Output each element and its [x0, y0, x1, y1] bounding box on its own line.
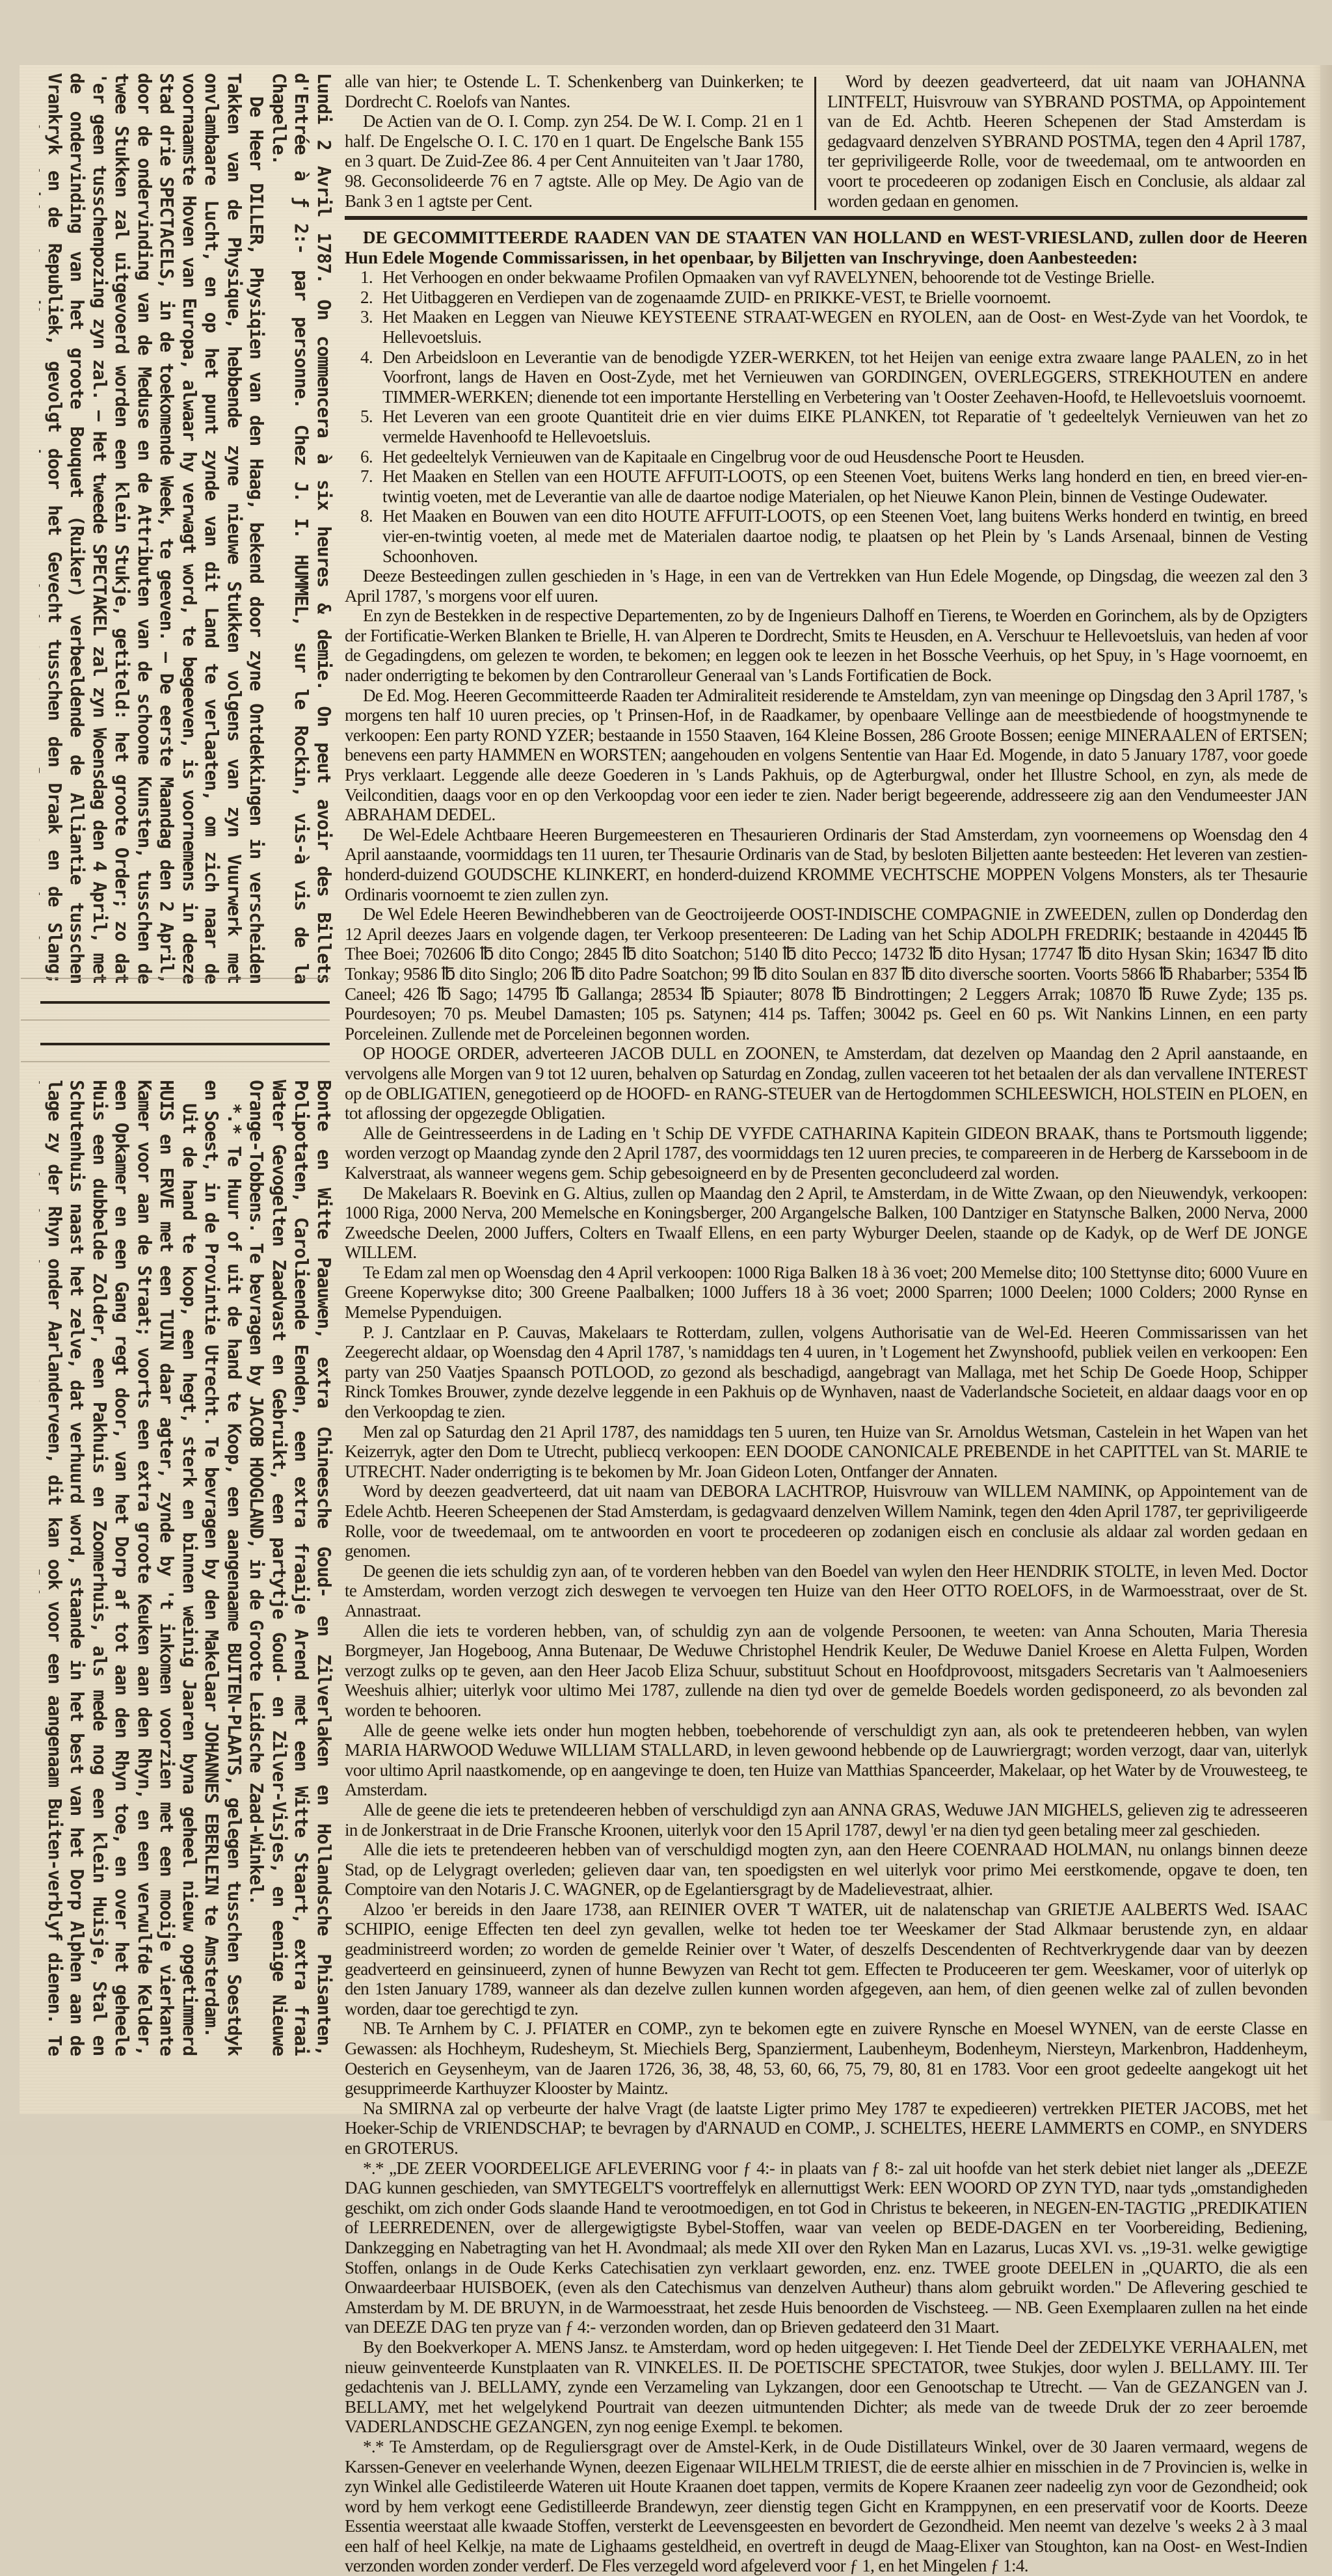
news-paragraph: De Actien van de O. I. Comp. zyn 254. De… — [345, 111, 803, 211]
top-row: alle van hier; te Ostende L. T. Schenken… — [345, 72, 1307, 213]
rotated-paragraph: De Heer DILLER, Physiqien van den Haag, … — [39, 73, 268, 984]
item-number: 3. — [360, 307, 382, 327]
item-text: Het Leveren van een groote Quantiteit dr… — [382, 407, 1307, 446]
item-text: Het gedeeltelyk Vernieuwen van de Kapita… — [382, 447, 1084, 466]
advertisement: Te Edam zal men op Woensdag den 4 April … — [345, 1263, 1307, 1322]
advertisement: Na SMIRNA zal op verbeurte der halve Vra… — [345, 2099, 1307, 2155]
advertisement: Alle de geene die iets te pretendeeren h… — [345, 1800, 1307, 1840]
item-number: 7. — [360, 466, 382, 487]
advertisement: De geenen die iets schuldig zyn aan, of … — [345, 1561, 1307, 1621]
advertisement: Word by deezen geadverteerd, dat uit naa… — [345, 1481, 1307, 1561]
advertisement: De Wel-Edele Achtbaare Heeren Burgemeest… — [345, 825, 1307, 904]
advertisement: Deeze Besteedingen zullen geschieden in … — [345, 566, 1307, 606]
item-number: 1. — [360, 267, 382, 288]
advertisement: DE GECOMMITTEERDE RAADEN VAN DE STAATEN … — [345, 228, 1307, 267]
advertisement: Alle de geene welke iets onder hun mogte… — [345, 1721, 1307, 1800]
item-number: 2. — [360, 288, 382, 308]
rotated-paragraph: Bonte en Witte Paauwen, extra Chineesche… — [245, 1080, 335, 2056]
advertisement: P. J. Cantzlaar en P. Cauvas, Makelaars … — [345, 1322, 1307, 1422]
advertisement: Alle die iets te pretendeeren hebben van… — [345, 1840, 1307, 1899]
advertisement: OP HOOGE ORDER, adverteeren JACOB DULL e… — [345, 1043, 1307, 1123]
summons-notice: Word by deezen geadverteerd, dat uit naa… — [827, 72, 1305, 211]
advertisement: NB. Te Arnhem by C. J. PFIATER en COMP.,… — [345, 2019, 1307, 2098]
stock-quotes-section: alle van hier; te Ostende L. T. Schenken… — [345, 72, 803, 211]
notice-paragraph: Word by deezen geadverteerd, dat uit naa… — [827, 72, 1305, 211]
item-text: Het Maaken en Leggen van Nieuwe KEYSTEEN… — [382, 307, 1307, 347]
divider-thin-1 — [21, 978, 330, 979]
left-column-lower-rotated: Bonte en Witte Paauwen, extra Chineesche… — [39, 1080, 335, 2056]
rotated-text-lower: Bonte en Witte Paauwen, extra Chineesche… — [39, 1080, 335, 2056]
advertisement: 4.Den Arbeidsloon en Leverantie van de b… — [345, 347, 1307, 407]
advertisement: 3.Het Maaken en Leggen van Nieuwe KEYSTE… — [345, 307, 1307, 347]
divider-thin-3 — [21, 1061, 330, 1062]
advertisement: 1.Het Verhoogen en onder bekwaame Profil… — [345, 267, 1307, 288]
main-column: alle van hier; te Ostende L. T. Schenken… — [345, 72, 1307, 2155]
rotated-paragraph: Uit de hand te koop, een hegt, sterk en … — [39, 1080, 200, 2056]
item-text: Het Uitbaggeren en Verdiepen van de zoge… — [382, 288, 1051, 307]
advertisement: 6.Het gedeeltelyk Vernieuwen van de Kapi… — [345, 447, 1307, 467]
rotated-paragraph: *.* Te Huur of uit de hand te Koop, een … — [200, 1080, 245, 2056]
section-rule — [345, 216, 1307, 220]
column-separator — [814, 77, 816, 210]
left-column-upper-rotated: Lundi 2 Avril 1787. On commencera à six … — [39, 73, 335, 984]
announcements-list: DE GECOMMITTEERDE RAADEN VAN DE STAATEN … — [345, 228, 1307, 2155]
item-number: 6. — [360, 447, 382, 467]
advertisement: 7.Het Maaken en Stellen van een HOUTE AF… — [345, 466, 1307, 506]
rotated-paragraph: Lundi 2 Avril 1787. On commencera à six … — [268, 73, 336, 984]
advertisement: Allen die iets te vorderen hebben, van, … — [345, 1621, 1307, 1721]
divider-rule-2 — [40, 1043, 330, 1045]
item-text: Den Arbeidsloon en Leverantie van de ben… — [382, 347, 1307, 407]
news-paragraph: alle van hier; te Ostende L. T. Schenken… — [345, 72, 803, 111]
advertisement: En zyn de Bestekken in de respective Dep… — [345, 606, 1307, 685]
item-text: Het Maaken en Bouwen van een dito HOUTE … — [382, 506, 1307, 565]
advertisement: 2.Het Uitbaggeren en Verdiepen van de zo… — [345, 288, 1307, 308]
item-number: 8. — [360, 506, 382, 526]
item-number: 4. — [360, 347, 382, 368]
divider-thin-2 — [21, 1019, 330, 1021]
advertisement: De Ed. Mog. Heeren Gecommitteerde Raaden… — [345, 686, 1307, 825]
advertisement: Alle de Geintresseerdens in de Lading en… — [345, 1123, 1307, 1183]
advertisement: Men zal op Saturdag den 21 April 1787, d… — [345, 1422, 1307, 1482]
advertisement: 8.Het Maaken en Bouwen van een dito HOUT… — [345, 506, 1307, 566]
advertisement: De Wel Edele Heeren Bewindhebberen van d… — [345, 904, 1307, 1043]
advertisement: Alzoo 'er bereids in den Jaare 1738, aan… — [345, 1899, 1307, 2019]
advertisement: De Makelaars R. Boevink en G. Altius, zu… — [345, 1183, 1307, 1263]
page-edge-shadow — [1312, 65, 1332, 2121]
item-text: Het Maaken en Stellen van een HOUTE AFFU… — [382, 466, 1307, 506]
item-text: Het Verhoogen en onder bekwaame Profilen… — [382, 267, 1154, 287]
advertisement: 5.Het Leveren van een groote Quantiteit … — [345, 407, 1307, 446]
divider-rule-1 — [40, 1001, 330, 1004]
rotated-text-upper: Lundi 2 Avril 1787. On commencera à six … — [39, 73, 335, 984]
item-number: 5. — [360, 407, 382, 427]
